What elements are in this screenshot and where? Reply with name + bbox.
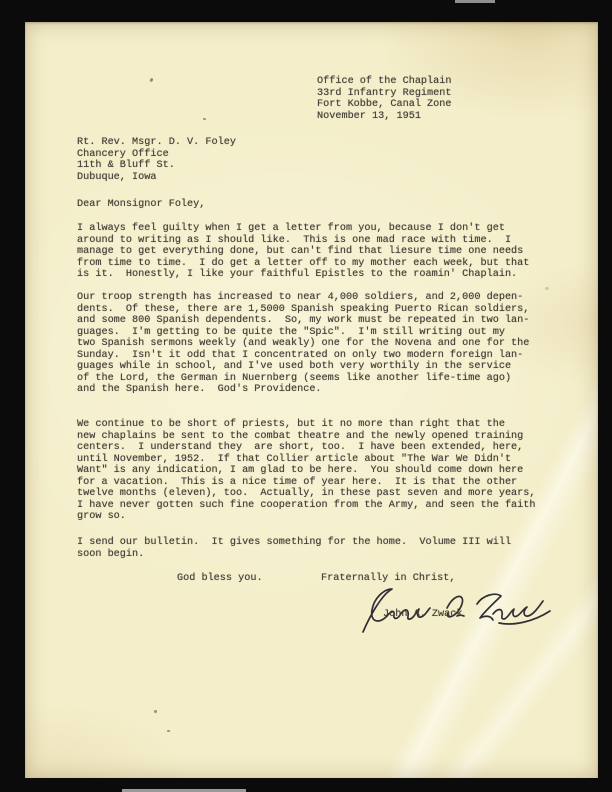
letterhead: Office of the Chaplain 33rd Infantry Reg…	[317, 76, 452, 122]
ink-speck	[149, 78, 153, 83]
ink-speck	[203, 118, 206, 120]
scanned-letter: Office of the Chaplain 33rd Infantry Reg…	[0, 0, 612, 792]
ink-speck	[545, 287, 549, 290]
blessing: God bless you.	[177, 573, 263, 585]
recipient-address: Rt. Rev. Msgr. D. V. Foley Chancery Offi…	[77, 137, 236, 183]
signature-typed: John A. Zwack	[383, 609, 462, 621]
ink-speck	[154, 710, 157, 713]
paragraph-3: We continue to be short of priests, but …	[77, 419, 536, 523]
paragraph-4: I send our bulletin. It gives something …	[77, 537, 511, 560]
paragraph-2: Our troop strength has increased to near…	[77, 292, 529, 396]
scan-edge-artifact	[455, 0, 495, 3]
letter-paper: Office of the Chaplain 33rd Infantry Reg…	[25, 22, 598, 778]
paragraph-1: I always feel guilty when I get a letter…	[77, 223, 529, 281]
salutation: Dear Monsignor Foley,	[77, 199, 205, 211]
ink-speck	[167, 730, 170, 732]
